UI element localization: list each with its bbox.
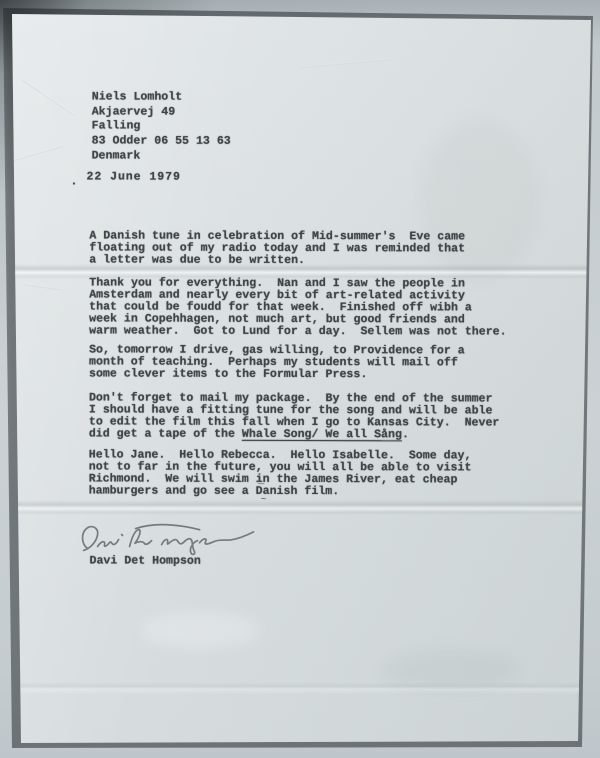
date-bullet-mark: .	[70, 175, 77, 188]
sender-town: Falling	[92, 120, 231, 135]
line-suffix: .	[402, 428, 409, 441]
line-prefix: did get a tape of the	[89, 427, 242, 440]
typed-signature-name: Davi Det Hompson	[90, 554, 201, 567]
paragraph-1: A Danish tune in celebration of Mid-summ…	[89, 230, 465, 267]
stray-typewriter-mark: ~	[261, 495, 267, 506]
paragraph-2: Thank you for everything. Nan and I saw …	[89, 277, 507, 338]
sender-address: Niels Lomholt Akjaervej 49 Falling 83 Od…	[92, 90, 231, 164]
letter-content: Niels Lomholt Akjaervej 49 Falling 83 Od…	[0, 0, 600, 758]
body-line: warm weather. Got to Lund for a day. Sel…	[89, 325, 506, 338]
stray-typewriter-mark: _	[258, 475, 265, 487]
body-line: some clever items to the Formular Press.	[89, 368, 465, 381]
date-line: 22 June 1979	[87, 170, 181, 183]
paragraph-3: So, tomorrow I drive, gas willing, to Pr…	[89, 344, 465, 381]
sender-country: Denmark	[92, 149, 231, 164]
body-line: hamburgers and go see a Danish film.	[89, 485, 472, 498]
body-line-with-title: did get a tape of the Whale Song/ We all…	[89, 428, 500, 441]
sender-street: Akjaervej 49	[92, 105, 231, 120]
sender-name: Niels Lomholt	[92, 90, 231, 105]
underlined-song-title: Whale Song/ We all Sång	[242, 428, 402, 441]
photo-of-letter: Niels Lomholt Akjaervej 49 Falling 83 Od…	[0, 0, 600, 758]
paragraph-4: Don't forget to mail my package. By the …	[89, 392, 500, 441]
paragraph-5: Hello Jane. Hello Rebecca. Hello Isabell…	[89, 449, 472, 498]
body-line: a letter was due to be written.	[89, 254, 465, 267]
sender-postal-phone: 83 Odder 06 55 13 63	[92, 135, 231, 150]
